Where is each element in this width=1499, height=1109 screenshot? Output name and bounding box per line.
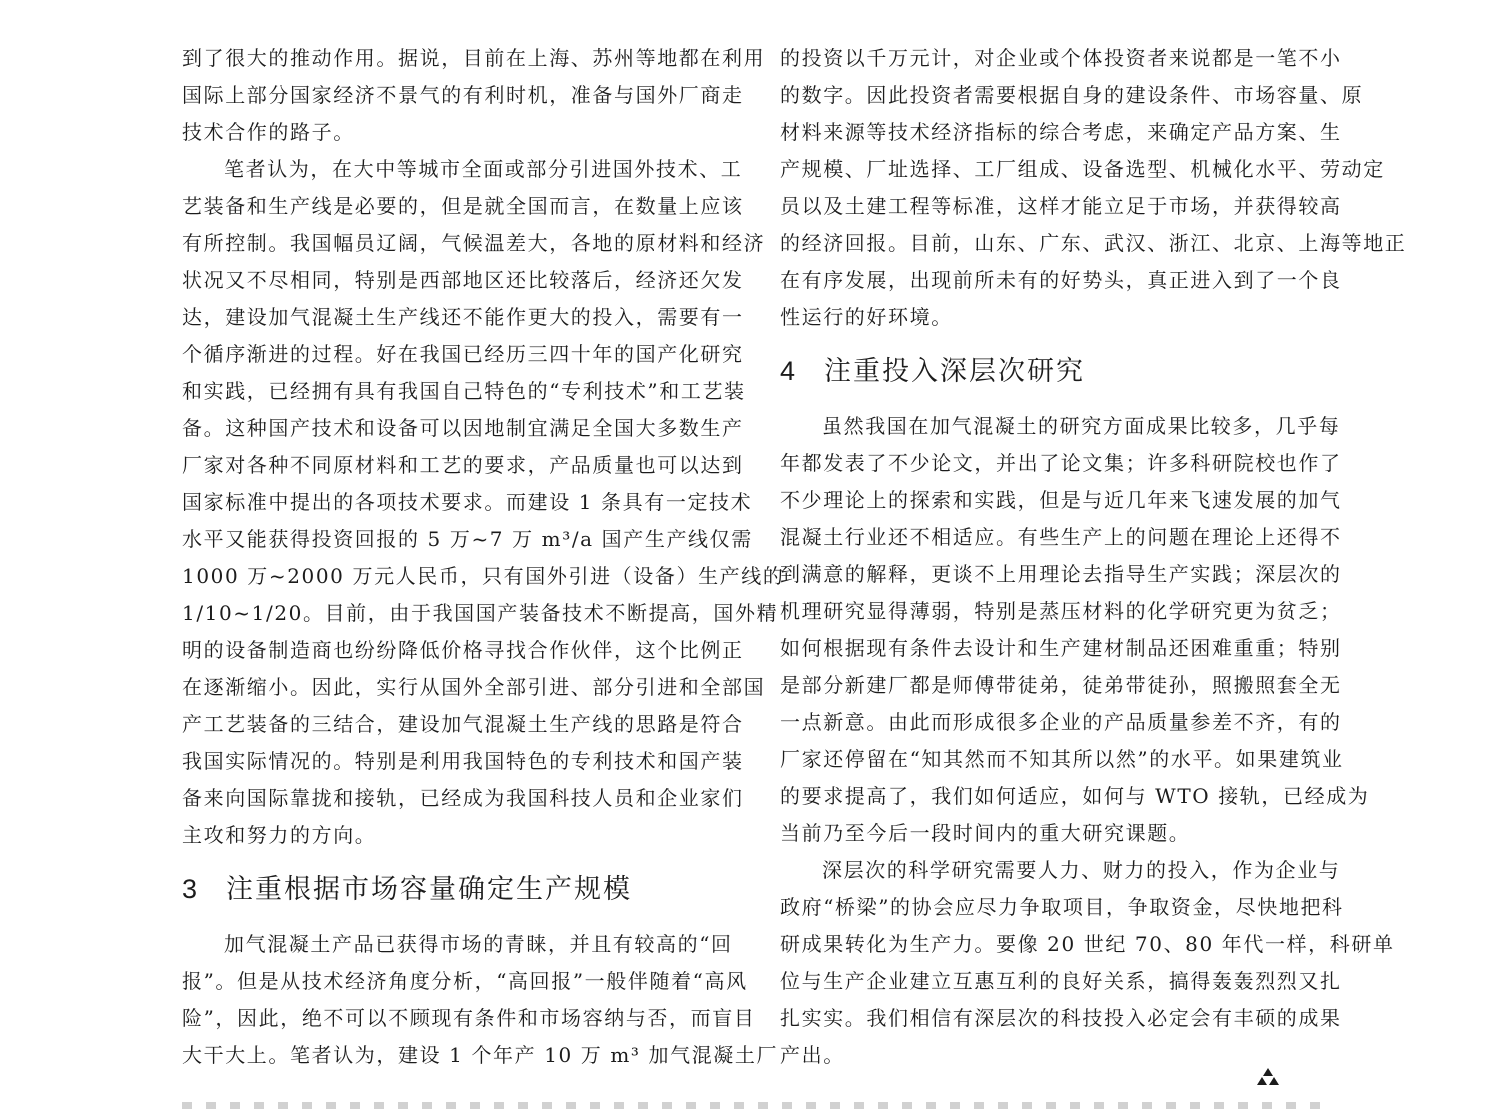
text-line: 1000 万~2000 万元人民币，只有国外引进（设备）生产线的	[182, 558, 730, 595]
section-title: 注重投入深层次研究	[824, 356, 1085, 387]
paragraph-deep-research: 深层次的科学研究需要人力、财力的投入，作为企业与 政府“桥梁”的协会应尽力争取项…	[780, 852, 1328, 1074]
triangle-cluster-icon	[1257, 1068, 1279, 1086]
text-line: 在逐渐缩小。因此，实行从国外全部引进、部分引进和全部国	[182, 669, 730, 706]
text-line: 笔者认为，在大中等城市全面或部分引进国外技术、工	[182, 151, 730, 188]
text-line: 研成果转化为生产力。要像 20 世纪 70、80 年代一样，科研单	[780, 926, 1328, 963]
text-line: 主攻和努力的方向。	[182, 817, 730, 854]
left-column: 到了很大的推动作用。据说，目前在上海、苏州等地都在利用 国际上部分国家经济不景气…	[182, 40, 730, 1074]
text-line: 备来向国际靠拢和接轨，已经成为我国科技人员和企业家们	[182, 780, 730, 817]
text-line: 员以及土建工程等标准，这样才能立足于市场，并获得较高	[780, 188, 1328, 225]
text-line: 的投资以千万元计，对企业或个体投资者来说都是一笔不小	[780, 40, 1328, 77]
text-line: 政府“桥梁”的协会应尽力争取项目，争取资金，尽快地把科	[780, 889, 1328, 926]
text-line: 性运行的好环境。	[780, 299, 1328, 336]
text-line: 和实践，已经拥有具有我国自己特色的“专利技术”和工艺装	[182, 373, 730, 410]
text-line: 是部分新建厂都是师傅带徒弟，徒弟带徒孙，照搬照套全无	[780, 667, 1328, 704]
text-line: 厂家还停留在“知其然而不知其所以然”的水平。如果建筑业	[780, 741, 1328, 778]
text-line: 大干大上。笔者认为，建设 1 个年产 10 万 m³ 加气混凝土厂	[182, 1037, 730, 1074]
text-line: 个循序渐进的过程。好在我国已经历三四十年的国产化研究	[182, 336, 730, 373]
text-line: 在有序发展，出现前所未有的好势头，真正进入到了一个良	[780, 262, 1328, 299]
text-line: 当前乃至今后一段时间内的重大研究课题。	[780, 815, 1328, 852]
text-line: 不少理论上的探索和实践，但是与近几年来飞速发展的加气	[780, 482, 1328, 519]
text-line: 险”，因此，绝不可以不顾现有条件和市场容纳与否，而盲目	[182, 1000, 730, 1037]
text-line: 技术合作的路子。	[182, 114, 730, 151]
text-line: 报”。但是从技术经济角度分析，“高回报”一般伴随着“高风	[182, 963, 730, 1000]
footer-decorative-rule	[182, 1102, 1332, 1109]
paragraph-investment: 的投资以千万元计，对企业或个体投资者来说都是一笔不小 的数字。因此投资者需要根据…	[780, 40, 1328, 336]
text-line: 有所控制。我国幅员辽阔，气候温差大，各地的原材料和经济	[182, 225, 730, 262]
section-title: 注重根据市场容量确定生产规模	[226, 874, 632, 905]
text-line: 扎实实。我们相信有深层次的科技投入必定会有丰硕的成果	[780, 1000, 1328, 1037]
section-number: 4	[780, 340, 824, 402]
text-line: 产规模、厂址选择、工厂组成、设备选型、机械化水平、劳动定	[780, 151, 1328, 188]
paragraph-author-opinion: 笔者认为，在大中等城市全面或部分引进国外技术、工 艺装备和生产线是必要的，但是就…	[182, 151, 730, 854]
text-line: 深层次的科学研究需要人力、财力的投入，作为企业与	[780, 852, 1328, 889]
paragraph-research: 虽然我国在加气混凝土的研究方面成果比较多，几乎每 年都发表了不少论文，并出了论文…	[780, 408, 1328, 852]
section-heading-3: 3注重根据市场容量确定生产规模	[182, 858, 730, 920]
text-line: 状况又不尽相同，特别是西部地区还比较落后，经济还欠发	[182, 262, 730, 299]
text-line: 虽然我国在加气混凝土的研究方面成果比较多，几乎每	[780, 408, 1328, 445]
text-line: 加气混凝土产品已获得市场的青睐，并且有较高的“回	[182, 926, 730, 963]
text-line: 的数字。因此投资者需要根据自身的建设条件、市场容量、原	[780, 77, 1328, 114]
text-line: 明的设备制造商也纷纷降低价格寻找合作伙伴，这个比例正	[182, 632, 730, 669]
section-heading-4: 4注重投入深层次研究	[780, 340, 1328, 402]
text-line: 的经济回报。目前，山东、广东、武汉、浙江、北京、上海等地正	[780, 225, 1328, 262]
text-line: 国际上部分国家经济不景气的有利时机，准备与国外厂商走	[182, 77, 730, 114]
document-page: 到了很大的推动作用。据说，目前在上海、苏州等地都在利用 国际上部分国家经济不景气…	[0, 0, 1499, 1109]
text-line: 艺装备和生产线是必要的，但是就全国而言，在数量上应该	[182, 188, 730, 225]
text-line: 到了很大的推动作用。据说，目前在上海、苏州等地都在利用	[182, 40, 730, 77]
text-line: 备。这种国产技术和设备可以因地制宜满足全国大多数生产	[182, 410, 730, 447]
text-line: 材料来源等技术经济指标的综合考虑，来确定产品方案、生	[780, 114, 1328, 151]
paragraph-market: 加气混凝土产品已获得市场的青睐，并且有较高的“回 报”。但是从技术经济角度分析，…	[182, 926, 730, 1074]
text-line: 我国实际情况的。特别是利用我国特色的专利技术和国产装	[182, 743, 730, 780]
text-line: 达，建设加气混凝土生产线还不能作更大的投入，需要有一	[182, 299, 730, 336]
text-line: 1/10~1/20。目前，由于我国国产装备技术不断提高，国外精	[182, 595, 730, 632]
text-line: 产出。	[780, 1037, 1328, 1074]
text-line: 到满意的解释，更谈不上用理论去指导生产实践；深层次的	[780, 556, 1328, 593]
text-line: 位与生产企业建立互惠互利的良好关系，搞得轰轰烈烈又扎	[780, 963, 1328, 1000]
text-line: 产工艺装备的三结合，建设加气混凝土生产线的思路是符合	[182, 706, 730, 743]
text-line: 的要求提高了，我们如何适应，如何与 WTO 接轨，已经成为	[780, 778, 1328, 815]
section-number: 3	[182, 858, 226, 920]
text-line: 国家标准中提出的各项技术要求。而建设 1 条具有一定技术	[182, 484, 730, 521]
paragraph-continuation: 到了很大的推动作用。据说，目前在上海、苏州等地都在利用 国际上部分国家经济不景气…	[182, 40, 730, 151]
text-line: 如何根据现有条件去设计和生产建材制品还困难重重；特别	[780, 630, 1328, 667]
text-line: 年都发表了不少论文，并出了论文集；许多科研院校也作了	[780, 445, 1328, 482]
text-line: 水平又能获得投资回报的 5 万~7 万 m³/a 国产生产线仅需	[182, 521, 730, 558]
text-line: 机理研究显得薄弱，特别是蒸压材料的化学研究更为贫乏；	[780, 593, 1328, 630]
text-line: 混凝土行业还不相适应。有些生产上的问题在理论上还得不	[780, 519, 1328, 556]
text-line: 厂家对各种不同原材料和工艺的要求，产品质量也可以达到	[182, 447, 730, 484]
right-column: 的投资以千万元计，对企业或个体投资者来说都是一笔不小 的数字。因此投资者需要根据…	[780, 40, 1328, 1074]
text-line: 一点新意。由此而形成很多企业的产品质量参差不齐，有的	[780, 704, 1328, 741]
